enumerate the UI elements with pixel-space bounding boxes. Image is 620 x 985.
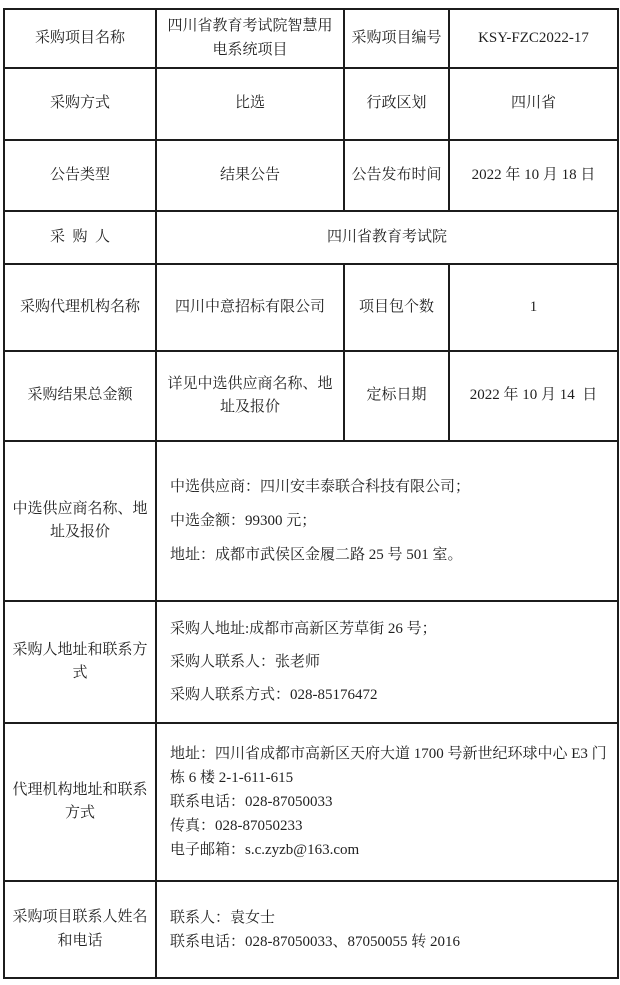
result-amount-value: 详见中选供应商名称、地址及报价 bbox=[156, 351, 344, 441]
winning-supplier-name-line: 中选供应商：四川安丰泰联合科技有限公司； bbox=[170, 470, 607, 504]
agency-fax-line: 传真：028-87050233 bbox=[170, 814, 607, 838]
table-row: 中选供应商名称、地址及报价 中选供应商：四川安丰泰联合科技有限公司； 中选金额：… bbox=[4, 441, 618, 601]
table-row: 采购项目名称 四川省教育考试院智慧用电系统项目 采购项目编号 KSY-FZC20… bbox=[4, 9, 618, 68]
purchaser-phone-line: 采购人联系方式：028-85176472 bbox=[170, 679, 607, 712]
project-name-label: 采购项目名称 bbox=[4, 9, 156, 68]
agency-phone-line: 联系电话：028-87050033 bbox=[170, 790, 607, 814]
publish-date-label: 公告发布时间 bbox=[344, 140, 449, 211]
project-name-value: 四川省教育考试院智慧用电系统项目 bbox=[156, 9, 344, 68]
agency-contact-content: 地址：四川省成都市高新区天府大道 1700 号新世纪环球中心 E3 门栋 6 楼… bbox=[156, 723, 618, 881]
admin-region-label: 行政区划 bbox=[344, 68, 449, 140]
table-row: 采购方式 比选 行政区划 四川省 bbox=[4, 68, 618, 140]
procurement-method-value: 比选 bbox=[156, 68, 344, 140]
table-row: 采购结果总金额 详见中选供应商名称、地址及报价 定标日期 2022 年 10 月… bbox=[4, 351, 618, 441]
agency-email-line: 电子邮箱：s.c.zyzb@163.com bbox=[170, 838, 607, 862]
winning-amount-line: 中选金额：99300 元； bbox=[170, 504, 607, 538]
procurement-result-table: 采购项目名称 四川省教育考试院智慧用电系统项目 采购项目编号 KSY-FZC20… bbox=[3, 8, 619, 979]
table-row: 代理机构地址和联系方式 地址：四川省成都市高新区天府大道 1700 号新世纪环球… bbox=[4, 723, 618, 881]
purchaser-label: 采 购 人 bbox=[4, 211, 156, 264]
winning-supplier-label: 中选供应商名称、地址及报价 bbox=[4, 441, 156, 601]
publish-date-value: 2022 年 10 月 18 日 bbox=[449, 140, 618, 211]
project-contact-phone-line: 联系电话：028-87050033、87050055 转 2016 bbox=[170, 930, 607, 954]
purchaser-value: 四川省教育考试院 bbox=[156, 211, 618, 264]
agency-name-value: 四川中意招标有限公司 bbox=[156, 264, 344, 351]
announcement-type-label: 公告类型 bbox=[4, 140, 156, 211]
agency-name-label: 采购代理机构名称 bbox=[4, 264, 156, 351]
table-row: 公告类型 结果公告 公告发布时间 2022 年 10 月 18 日 bbox=[4, 140, 618, 211]
table-row: 采购人地址和联系方式 采购人地址:成都市高新区芳草街 26 号； 采购人联系人：… bbox=[4, 601, 618, 723]
package-count-value: 1 bbox=[449, 264, 618, 351]
package-count-label: 项目包个数 bbox=[344, 264, 449, 351]
award-date-label: 定标日期 bbox=[344, 351, 449, 441]
project-contact-label: 采购项目联系人姓名和电话 bbox=[4, 881, 156, 978]
agency-address-line: 地址：四川省成都市高新区天府大道 1700 号新世纪环球中心 E3 门栋 6 楼… bbox=[170, 742, 607, 790]
project-contact-content: 联系人：袁女士 联系电话：028-87050033、87050055 转 201… bbox=[156, 881, 618, 978]
agency-contact-label: 代理机构地址和联系方式 bbox=[4, 723, 156, 881]
award-date-value: 2022 年 10 月 14 日 bbox=[449, 351, 618, 441]
table-row: 采购代理机构名称 四川中意招标有限公司 项目包个数 1 bbox=[4, 264, 618, 351]
purchaser-address-line: 采购人地址:成都市高新区芳草街 26 号； bbox=[170, 613, 607, 646]
project-number-label: 采购项目编号 bbox=[344, 9, 449, 68]
table-row: 采 购 人 四川省教育考试院 bbox=[4, 211, 618, 264]
project-number-value: KSY-FZC2022-17 bbox=[449, 9, 618, 68]
purchaser-contact-content: 采购人地址:成都市高新区芳草街 26 号； 采购人联系人：张老师 采购人联系方式… bbox=[156, 601, 618, 723]
result-amount-label: 采购结果总金额 bbox=[4, 351, 156, 441]
table-row: 采购项目联系人姓名和电话 联系人：袁女士 联系电话：028-87050033、8… bbox=[4, 881, 618, 978]
winning-supplier-content: 中选供应商：四川安丰泰联合科技有限公司； 中选金额：99300 元； 地址：成都… bbox=[156, 441, 618, 601]
purchaser-contact-label: 采购人地址和联系方式 bbox=[4, 601, 156, 723]
announcement-type-value: 结果公告 bbox=[156, 140, 344, 211]
project-contact-person-line: 联系人：袁女士 bbox=[170, 906, 607, 930]
purchaser-contact-person-line: 采购人联系人：张老师 bbox=[170, 646, 607, 679]
winning-supplier-address-line: 地址：成都市武侯区金履二路 25 号 501 室。 bbox=[170, 538, 607, 572]
admin-region-value: 四川省 bbox=[449, 68, 618, 140]
procurement-method-label: 采购方式 bbox=[4, 68, 156, 140]
